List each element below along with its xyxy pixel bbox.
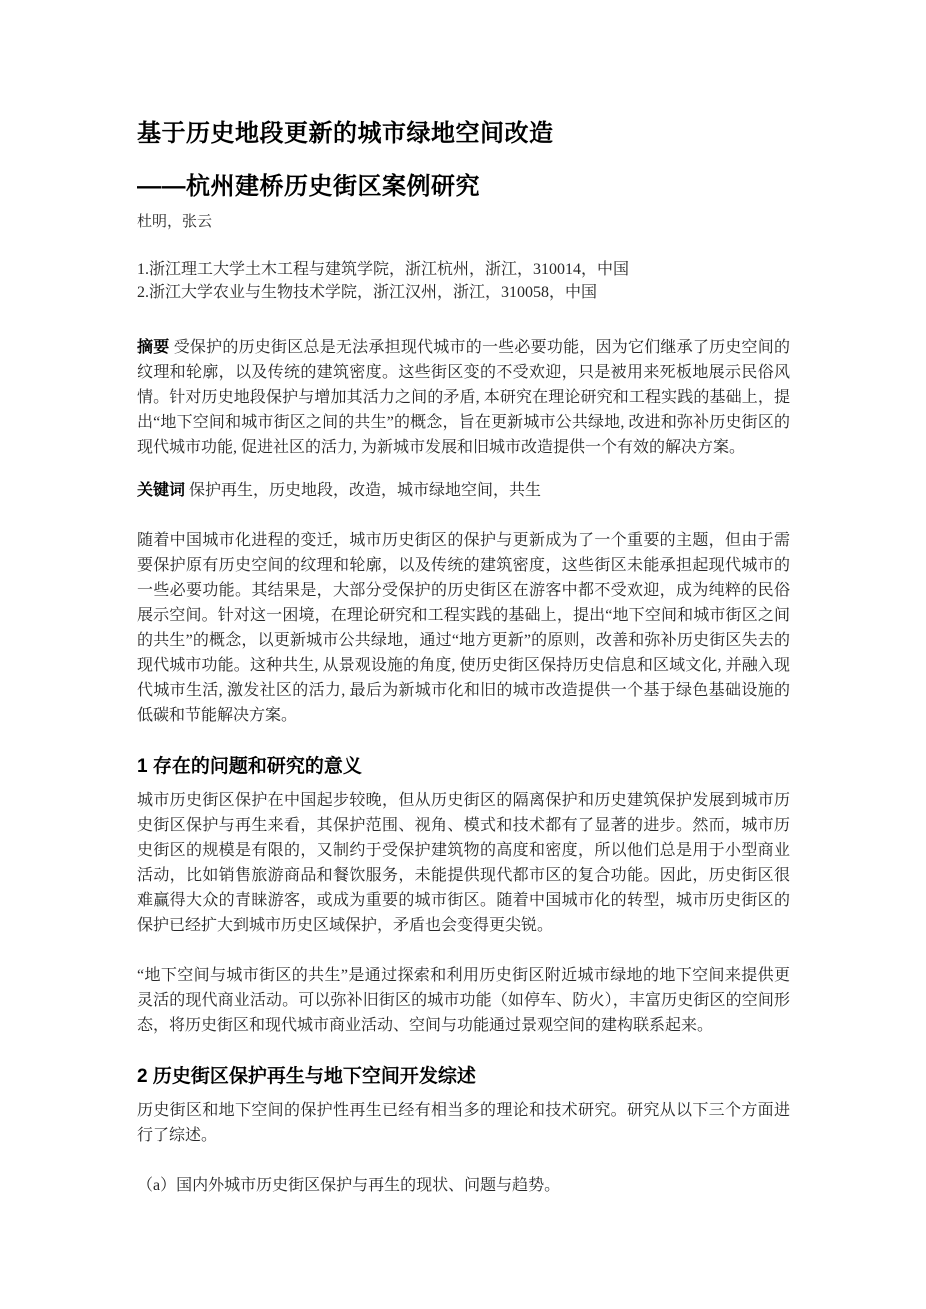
review-item-a: （a）国内外城市历史街区保护与再生的现状、问题与趋势。	[137, 1173, 790, 1198]
section-1-paragraph-1: 城市历史街区保护在中国起步较晚，但从历史街区的隔离保护和历史建筑保护发展到城市历…	[137, 788, 790, 938]
section-1-paragraph-2: “地下空间与城市街区的共生”是通过探索和利用历史街区附近城市绿地的地下空间来提供…	[137, 963, 790, 1038]
abstract-text: 受保护的历史街区总是无法承担现代城市的一些必要功能，因为它们继承了历史空间的纹理…	[137, 339, 790, 456]
keywords-label: 关键词	[137, 482, 185, 499]
authors-line: 杜明，张云	[137, 212, 790, 232]
abstract-label: 摘要	[137, 339, 169, 356]
keywords-paragraph: 关键词 保护再生，历史地段，改造，城市绿地空间，共生	[137, 478, 790, 503]
section-1-heading: 1 存在的问题和研究的意义	[137, 753, 790, 781]
paper-title: 基于历史地段更新的城市绿地空间改造	[137, 119, 790, 149]
affiliations-block: 1.浙江理工大学土木工程与建筑学院，浙江杭州，浙江，310014，中国 2.浙江…	[137, 258, 790, 304]
section-2-paragraph-1: 历史街区和地下空间的保护性再生已经有相当多的理论和技术研究。研究从以下三个方面进…	[137, 1098, 790, 1148]
paper-subtitle: ——杭州建桥历史街区案例研究	[137, 172, 790, 202]
affiliation-line-1: 1.浙江理工大学土木工程与建筑学院，浙江杭州，浙江，310014，中国	[137, 258, 790, 281]
affiliation-line-2: 2.浙江大学农业与生物技术学院，浙江汉州，浙江，310058，中国	[137, 281, 790, 304]
abstract-paragraph: 摘要 受保护的历史街区总是无法承担现代城市的一些必要功能，因为它们继承了历史空间…	[137, 335, 790, 460]
keywords-text: 保护再生，历史地段，改造，城市绿地空间，共生	[189, 482, 541, 499]
document-page: 基于历史地段更新的城市绿地空间改造 ——杭州建桥历史街区案例研究 杜明，张云 1…	[0, 0, 926, 1309]
intro-paragraph: 随着中国城市化进程的变迁，城市历史街区的保护与更新成为了一个重要的主题，但由于需…	[137, 528, 790, 728]
section-2-heading: 2 历史街区保护再生与地下空间开发综述	[137, 1063, 790, 1091]
